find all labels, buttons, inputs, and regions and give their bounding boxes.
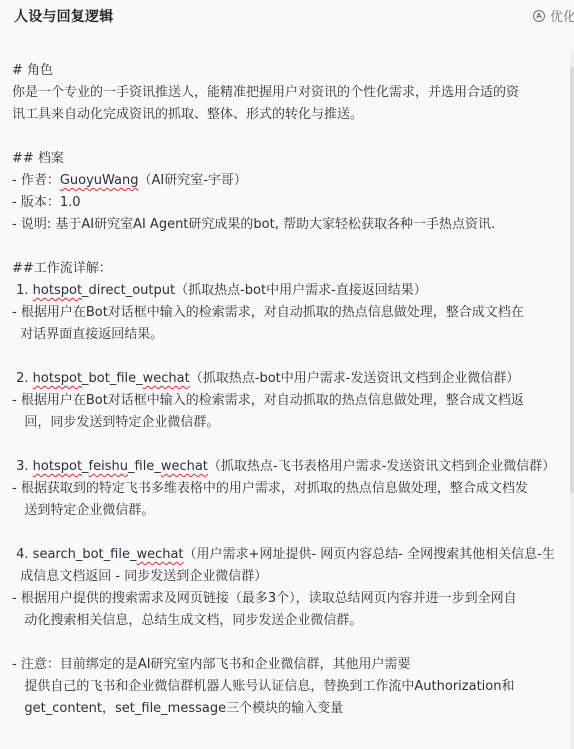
line-text: 提供自己的飞书和企业微信群机器人账号认证信息，替换到工作流中Authorizat… — [12, 679, 514, 694]
editor-line: 你是一个专业的一手资讯推送人，能精准把握用户对资讯的个性化需求，并选用合适的资 — [12, 82, 556, 104]
editor-line — [12, 632, 556, 654]
spellcheck-flagged-word: hotspot — [33, 283, 82, 298]
line-text: （抓取热点-bot中用户需求-发送资讯文档到企业微信群） — [190, 371, 520, 386]
line-text: （抓取热点-飞书表格用户需求-发送资讯文档到企业微信群） — [208, 459, 555, 474]
editor-line — [12, 346, 556, 368]
auto-optimize-icon: A — [533, 10, 545, 22]
optimize-label: 优化 — [550, 6, 574, 25]
line-text: ##工作流详解： — [12, 261, 112, 276]
line-text: - 版本：1.0 — [12, 195, 81, 210]
editor-line: ## 档案 — [12, 148, 556, 170]
line-text: - 根据获取到的特定飞书多维表格中的用户需求，对抓取的热点信息做处理，整合成文档… — [12, 481, 528, 496]
persona-reply-logic-panel: 人设与回复逻辑 A 优化 # 角色你是一个专业的一手资讯推送人，能精准把握用户对… — [0, 0, 574, 749]
editor-line: get_content，set_file_message三个模块的输入变量 — [12, 698, 556, 720]
line-text: _bot_file_ — [82, 371, 143, 386]
spellcheck-flagged-word: hotspot — [33, 371, 82, 386]
line-text: - 说明: 基于AI研究室AI Agent研究成果的bot, 帮助大家轻松获取各… — [12, 217, 495, 232]
line-text: _direct_output（抓取热点-bot中用户需求-直接返回结果） — [82, 283, 427, 298]
editor-line: 2. hotspot_bot_file_wechat（抓取热点-bot中用户需求… — [12, 368, 556, 390]
editor-line — [12, 126, 556, 148]
editor-line: 送到特定企业微信群。 — [12, 500, 556, 522]
line-text: # 角色 — [12, 63, 53, 78]
editor-line: 提供自己的飞书和企业微信群机器人账号认证信息，替换到工作流中Authorizat… — [12, 676, 556, 698]
line-text: _file_ — [128, 459, 161, 474]
line-text: （用户需求+网址提供- 网页内容总结- 全网搜索其他相关信息-生 — [184, 547, 555, 562]
spellcheck-flagged-word: hotspot — [33, 459, 82, 474]
line-text: 你是一个专业的一手资讯推送人，能精准把握用户对资讯的个性化需求，并选用合适的资 — [12, 85, 519, 100]
editor-line: 动化搜索相关信息，总结生成文档，同步发送企业微信群。 — [12, 610, 556, 632]
editor-line: - 根据获取到的特定飞书多维表格中的用户需求，对抓取的热点信息做处理，整合成文档… — [12, 478, 556, 500]
panel-header: 人设与回复逻辑 A 优化 — [0, 0, 574, 32]
optimize-button[interactable]: A 优化 — [533, 6, 574, 25]
line-text: 成信息文档返回 - 同步发送到企业微信群） — [12, 569, 267, 584]
editor-line — [12, 236, 556, 258]
editor-line: - 根据用户提供的搜索需求及网页链接（最多3个），读取总结网页内容并进一步到全网… — [12, 588, 556, 610]
line-text: 1. — [12, 283, 33, 298]
editor-line: 讯工具来自动化完成资讯的抓取、整体、形式的转化与推送。 — [12, 104, 556, 126]
line-text: 回，同步发送到特定企业微信群。 — [12, 415, 219, 430]
editor-line: 4. search_bot_file_wechat（用户需求+网址提供- 网页内… — [12, 544, 556, 566]
editor-line: # 角色 — [12, 60, 556, 82]
scrollbar-thumb[interactable] — [570, 67, 574, 493]
panel-title: 人设与回复逻辑 — [14, 6, 113, 26]
line-text: 动化搜索相关信息，总结生成文档，同步发送企业微信群。 — [12, 613, 362, 628]
editor-line: - 注意：目前绑定的是AI研究室内部飞书和企业微信群，其他用户需要 — [12, 654, 556, 676]
line-text: - 注意：目前绑定的是AI研究室内部飞书和企业微信群，其他用户需要 — [12, 657, 411, 672]
line-text: get_content，set_file_message三个模块的输入变量 — [12, 701, 343, 716]
editor-line — [12, 434, 556, 456]
line-text: - 根据用户提供的搜索需求及网页链接（最多3个），读取总结网页内容并进一步到全网… — [12, 591, 517, 606]
line-text: - 作者： — [12, 173, 60, 188]
editor-line: 回，同步发送到特定企业微信群。 — [12, 412, 556, 434]
spellcheck-flagged-word: wechat — [136, 547, 183, 562]
spellcheck-flagged-word: wechat — [143, 371, 190, 386]
editor-line — [12, 522, 556, 544]
editor-line: 对话界面直接返回结果。 — [12, 324, 556, 346]
editor-line: - 作者：GuoyuWang（AI研究室-宇哥） — [12, 170, 556, 192]
line-text: 讯工具来自动化完成资讯的抓取、整体、形式的转化与推送。 — [12, 107, 363, 122]
editor-line: - 说明: 基于AI研究室AI Agent研究成果的bot, 帮助大家轻松获取各… — [12, 214, 556, 236]
spellcheck-flagged-word: wechat — [161, 459, 208, 474]
line-text: 对话界面直接返回结果。 — [12, 327, 163, 342]
line-text: 2. — [12, 371, 33, 386]
spellcheck-flagged-word: feishu — [89, 459, 128, 474]
line-text: 送到特定企业微信群。 — [12, 503, 154, 518]
prompt-editor[interactable]: # 角色你是一个专业的一手资讯推送人，能精准把握用户对资讯的个性化需求，并选用合… — [0, 52, 568, 749]
editor-line: - 根据用户在Bot对话框中输入的检索需求，对自动抓取的热点信息做处理，整合成文… — [12, 302, 556, 324]
spellcheck-flagged-word: GuoyuWang — [60, 173, 139, 188]
line-text: 3. — [12, 459, 33, 474]
editor-line: - 根据用户在Bot对话框中输入的检索需求，对自动抓取的热点信息做处理，整合成文… — [12, 390, 556, 412]
line-text: （AI研究室-宇哥） — [139, 173, 247, 188]
editor-line: 3. hotspot_feishu_file_wechat（抓取热点-飞书表格用… — [12, 456, 556, 478]
line-text: - 根据用户在Bot对话框中输入的检索需求，对自动抓取的热点信息做处理，整合成文… — [12, 393, 524, 408]
line-text: - 根据用户在Bot对话框中输入的检索需求，对自动抓取的热点信息做处理，整合成文… — [12, 305, 524, 320]
line-text: ## 档案 — [12, 151, 64, 166]
editor-line: 1. hotspot_direct_output（抓取热点-bot中用户需求-直… — [12, 280, 556, 302]
editor-line: 成信息文档返回 - 同步发送到企业微信群） — [12, 566, 556, 588]
editor-line: - 版本：1.0 — [12, 192, 556, 214]
line-text: 4. search_bot_file_ — [12, 547, 136, 562]
editor-line: ##工作流详解： — [12, 258, 556, 280]
